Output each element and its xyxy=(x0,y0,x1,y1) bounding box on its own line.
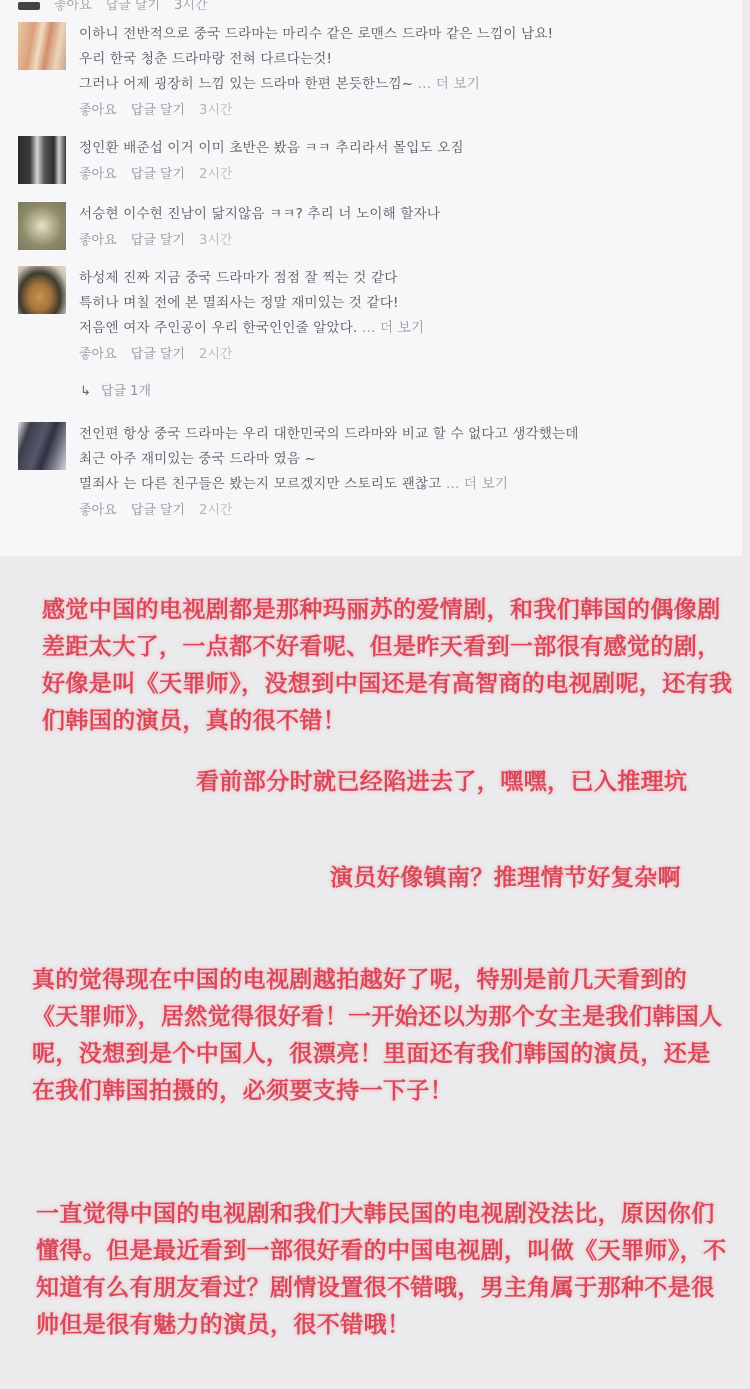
avatar[interactable] xyxy=(18,202,66,250)
like-link[interactable]: 좋아요 xyxy=(79,347,117,362)
reply-arrow-icon: ↳ xyxy=(80,384,91,399)
replies-count: 답글 1개 xyxy=(101,384,151,399)
like-link[interactable]: 좋아요 xyxy=(79,103,117,118)
comment-item: 전인편 항상 중국 드라마는 우리 대한민국의 드라마와 비교 할 수 없다고 … xyxy=(18,422,728,550)
chinese-comment-4: 真的觉得现在中国的电视剧越拍越好了呢，特别是前几天看到的《天罪师》，居然觉得很好… xyxy=(32,962,728,1110)
comment-actions: 좋아요답글 달기3시간 xyxy=(79,99,728,123)
comment-text: 정인환 배준섭 이거 이미 초반은 봤음 ㅋㅋ 추리라서 몰입도 오짐 xyxy=(79,136,728,161)
comment-item: 서승현 이수현 진남이 닮지않음 ㅋㅋ? 추리 너 노이해 할자나 좋아요답글 … xyxy=(18,202,728,254)
reply-link[interactable]: 답글 달기 xyxy=(106,0,160,13)
comment-actions: 좋아요답글 달기2시간 xyxy=(79,343,728,367)
like-link[interactable]: 좋아요 xyxy=(54,0,92,13)
reply-link[interactable]: 답글 달기 xyxy=(131,233,185,248)
comment-item: 하성제 진짜 지금 중국 드라마가 점점 잘 찍는 것 같다 특히나 며칠 전에… xyxy=(18,266,728,366)
chinese-comment-2: 看前部分时就已经陷进去了，嘿嘿，已入推理坑 xyxy=(196,764,741,801)
avatar[interactable] xyxy=(18,136,66,184)
chinese-comment-5: 一直觉得中国的电视剧和我们大韩民国的电视剧没法比，原因你们懂得。但是最近看到一部… xyxy=(36,1196,736,1344)
partial-comment-actions: 좋아요답글 달기3시간 xyxy=(18,0,207,10)
chinese-comment-3: 演员好像镇南？推理情节好复杂啊 xyxy=(330,860,730,897)
timestamp: 2시간 xyxy=(199,167,232,182)
view-replies-link[interactable]: ↳답글 1개 xyxy=(80,380,151,399)
avatar[interactable] xyxy=(18,266,66,314)
comment-text: 이하니 전반적으로 중국 드라마는 마리수 같은 로맨스 드라마 같은 느낌이 … xyxy=(79,22,728,97)
timestamp: 2시간 xyxy=(199,347,232,362)
reply-link[interactable]: 답글 달기 xyxy=(131,167,185,182)
comment-actions: 좋아요답글 달기2시간 xyxy=(79,163,728,187)
reply-link[interactable]: 답글 달기 xyxy=(131,503,185,518)
like-link[interactable]: 좋아요 xyxy=(79,503,117,518)
comment-actions: 좋아요답글 달기2시간 xyxy=(79,499,728,523)
timestamp: 3시간 xyxy=(174,0,207,13)
see-more-link[interactable]: ... 더 보기 xyxy=(446,476,508,492)
reply-link[interactable]: 답글 달기 xyxy=(131,103,185,118)
comment-text: 전인편 항상 중국 드라마는 우리 대한민국의 드라마와 비교 할 수 없다고 … xyxy=(79,422,728,497)
reply-link[interactable]: 답글 달기 xyxy=(131,347,185,362)
comment-item: 정인환 배준섭 이거 이미 초반은 봤음 ㅋㅋ 추리라서 몰입도 오짐 좋아요답… xyxy=(18,136,728,188)
avatar-partial xyxy=(18,2,40,10)
avatar[interactable] xyxy=(18,422,66,470)
comment-text: 하성제 진짜 지금 중국 드라마가 점점 잘 찍는 것 같다 특히나 며칠 전에… xyxy=(79,266,728,341)
comment-item: 이하니 전반적으로 중국 드라마는 마리수 같은 로맨스 드라마 같은 느낌이 … xyxy=(18,22,728,122)
see-more-link[interactable]: ... 더 보기 xyxy=(362,320,424,336)
timestamp: 3시간 xyxy=(199,103,232,118)
facebook-comment-panel: 좋아요답글 달기3시간 이하니 전반적으로 중국 드라마는 마리수 같은 로맨스… xyxy=(0,0,742,556)
chinese-comment-1: 感觉中国的电视剧都是那种玛丽苏的爱情剧，和我们韩国的偶像剧差距太大了，一点都不好… xyxy=(42,592,738,740)
avatar[interactable] xyxy=(18,22,66,70)
see-more-link[interactable]: ... 더 보기 xyxy=(418,76,480,92)
timestamp: 2시간 xyxy=(199,503,232,518)
comment-text: 서승현 이수현 진남이 닮지않음 ㅋㅋ? 추리 너 노이해 할자나 xyxy=(79,202,728,227)
comment-actions: 좋아요답글 달기3시간 xyxy=(79,229,728,253)
like-link[interactable]: 좋아요 xyxy=(79,233,117,248)
like-link[interactable]: 좋아요 xyxy=(79,167,117,182)
timestamp: 3시간 xyxy=(199,233,232,248)
